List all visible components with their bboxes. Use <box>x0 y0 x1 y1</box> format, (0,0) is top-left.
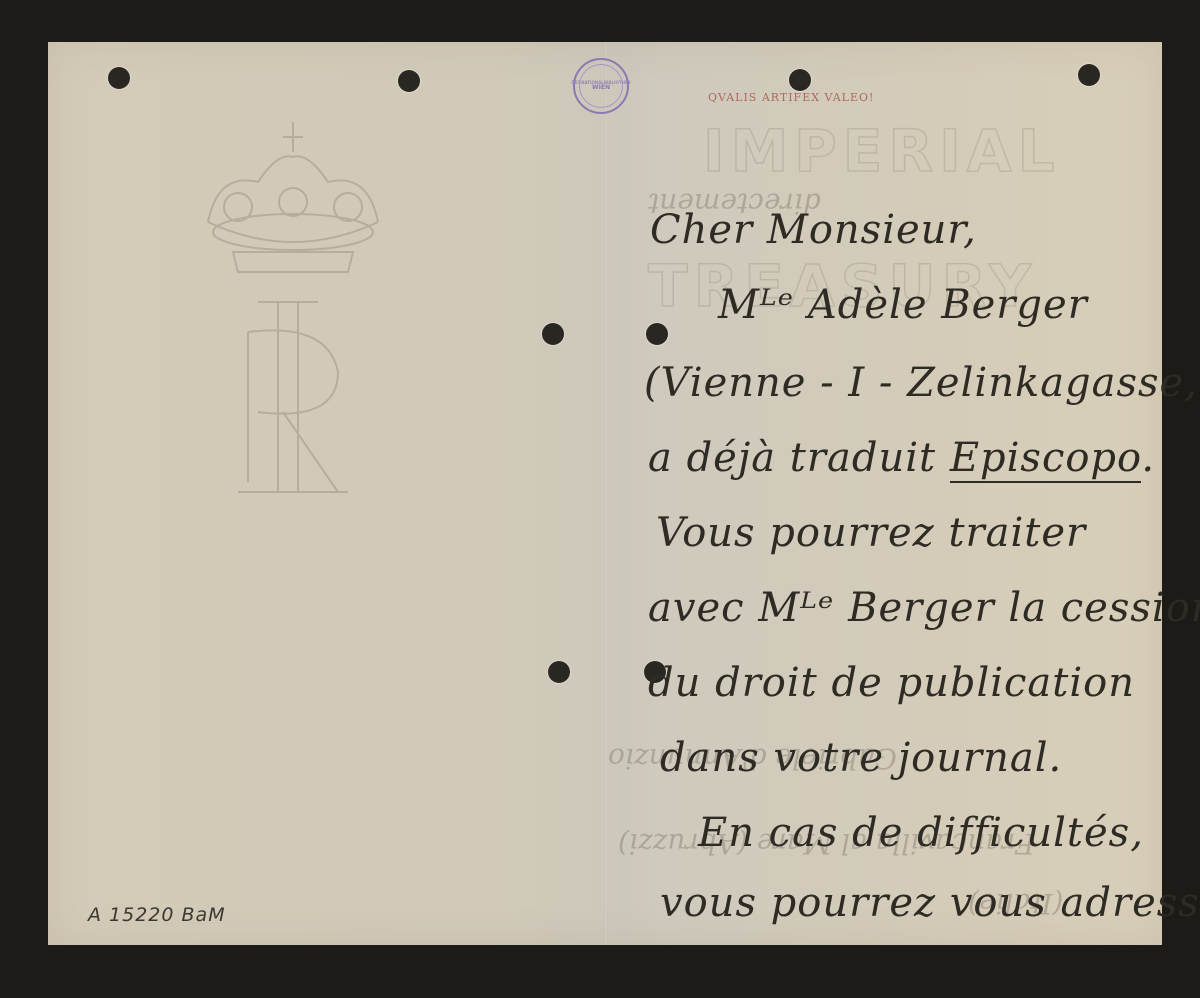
library-stamp: ÖST.NATIONALBIBLIOTHEK WIEN <box>573 58 629 114</box>
stamp-ring <box>579 64 623 108</box>
punch-hole <box>398 70 420 92</box>
letter-line-6: avec Mᴸᵉ Berger la cession <box>648 585 1200 631</box>
letter-salutation: Cher Monsieur, <box>650 207 977 253</box>
punch-hole <box>108 67 130 89</box>
punch-hole <box>789 69 811 91</box>
punch-hole <box>646 323 668 345</box>
archive-shelfmark: A 15220 BaM <box>88 904 226 926</box>
crown-monogram-watermark-icon <box>188 112 398 512</box>
letter-line-5: Vous pourrez traiter <box>656 510 1086 556</box>
punch-hole <box>548 661 570 683</box>
letter-sheet: IMPERIAL TREASURY ÖST.NATIONALBIBLIOTHEK… <box>48 42 1162 945</box>
letter-line-7: du droit de publication <box>648 660 1135 706</box>
watermark-imperial: IMPERIAL <box>703 117 1061 185</box>
punch-hole <box>542 323 564 345</box>
letter-line-address: (Vienne - I - Zelinkagasse, 10) <box>644 360 1200 406</box>
letter-line-recipient: Mᴸᵉ Adèle Berger <box>718 282 1088 328</box>
book-title-episcopo: Episcopo <box>950 435 1142 483</box>
letterhead-motto: QVALIS ARTIFEX VALEO! <box>708 91 874 104</box>
letter-line-8: dans votre journal. <box>660 735 1062 781</box>
fold-line <box>604 42 606 945</box>
letter-line-translated: a déjà traduit Episcopo. <box>648 435 1155 481</box>
stamp-ring-text: ÖST.NATIONALBIBLIOTHEK <box>571 81 631 85</box>
punch-hole <box>1078 64 1100 86</box>
letter-line-10: vous pourrez vous adresser <box>660 880 1200 926</box>
translated-prefix: a déjà traduit <box>648 435 936 481</box>
letter-line-9: En cas de difficultés, <box>698 810 1144 856</box>
